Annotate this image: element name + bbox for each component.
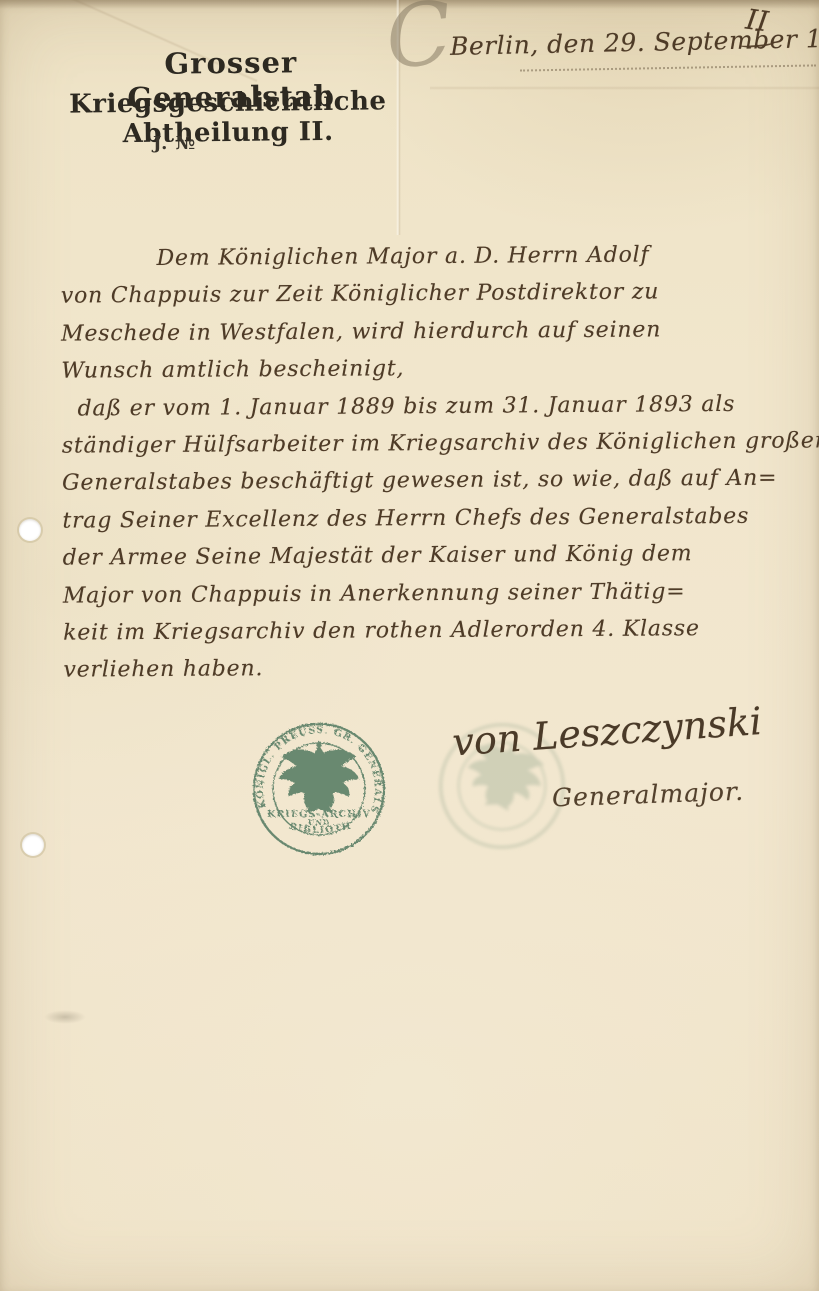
body-line: verliehen haben. bbox=[63, 647, 813, 690]
pencil-mark: C bbox=[381, 0, 457, 89]
body-line: von Chappuis zur Zeit Königlicher Postdi… bbox=[61, 273, 811, 316]
body-line: Dem Königlichen Major a. D. Herrn Adolf bbox=[60, 235, 810, 278]
body-line: trag Seiner Excellenz des Herrn Chefs de… bbox=[62, 497, 812, 540]
scanned-letter-page: { "colors": { "paper": "#f1e6cc", "print… bbox=[0, 0, 819, 1291]
archive-stamp: KÖNIGL. PREUSS. GR. GENERALSTAB KRIEGS-A… bbox=[249, 719, 389, 859]
signature-name: von Leszczynski bbox=[451, 695, 813, 764]
punch-hole bbox=[19, 519, 41, 541]
body-line: Wunsch amtlich bescheinigt, bbox=[61, 348, 811, 391]
body-line: Meschede in Westfalen, wird hierdurch au… bbox=[61, 310, 811, 353]
body-line: daß er vom 1. Januar 1889 bis zum 31. Ja… bbox=[61, 385, 811, 428]
letterhead-department: Kriegsgeschichtliche Abtheilung II. bbox=[0, 86, 456, 151]
body-line: der Armee Seine Majestät der Kaiser und … bbox=[63, 535, 813, 578]
paper-smudge bbox=[44, 1010, 86, 1024]
body-line: keit im Kriegsarchiv den rothen Adlerord… bbox=[63, 609, 813, 652]
body-line: Major von Chappuis in Anerkennung seiner… bbox=[63, 572, 813, 615]
body-line: Generalstabes beschäftigt gewesen ist, s… bbox=[62, 460, 812, 503]
prussian-eagle-icon bbox=[279, 741, 359, 808]
journal-number-label: J. № bbox=[153, 133, 196, 154]
paper-crease bbox=[430, 86, 819, 90]
letter-body: Dem Königlichen Major a. D. Herrn Adolf … bbox=[60, 235, 813, 689]
dateline-dotted-rule bbox=[520, 63, 816, 71]
dateline: Berlin, den 29. September 1898 bbox=[450, 24, 819, 61]
body-line: ständiger Hülfsarbeiter im Kriegsarchiv … bbox=[62, 422, 812, 465]
signature-rank: Generalmajor. bbox=[552, 777, 745, 813]
punch-hole bbox=[22, 834, 44, 856]
